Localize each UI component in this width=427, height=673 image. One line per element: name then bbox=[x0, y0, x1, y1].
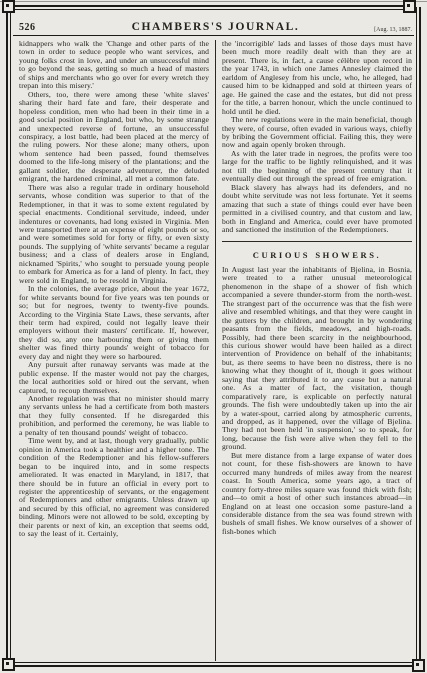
paragraph: The new regulations were in the main ben… bbox=[222, 116, 412, 150]
paragraph: As with the later trade in negroes, the … bbox=[222, 150, 412, 184]
page-scan: 526 CHAMBERS'S JOURNAL. [Aug. 13, 1887. … bbox=[0, 0, 427, 673]
frame-top-rule bbox=[13, 5, 414, 7]
corner-ornament-icon bbox=[2, 0, 15, 13]
header-rule bbox=[13, 35, 414, 36]
article-continuation: the 'incorrigible' lads and lasses of th… bbox=[222, 40, 412, 234]
corner-ornament-icon bbox=[412, 659, 425, 672]
frame-right-rule bbox=[419, 7, 421, 666]
frame-right-thin-rule bbox=[416, 7, 417, 666]
paragraph: Black slavery has always had its defende… bbox=[222, 184, 412, 235]
left-column: kidnappers who walk the 'Change and othe… bbox=[19, 40, 215, 661]
frame-left-rule bbox=[6, 7, 8, 666]
paragraph: In August last year the inhabitants of B… bbox=[222, 266, 412, 452]
paragraph: kidnappers who walk the 'Change and othe… bbox=[19, 40, 209, 91]
paragraph: There was also a regular trade in ordina… bbox=[19, 184, 209, 285]
paragraph: But mere distance from a large expanse o… bbox=[222, 452, 412, 537]
paragraph: Others, too, there were among these 'whi… bbox=[19, 91, 209, 184]
right-column: the 'incorrigible' lads and lasses of th… bbox=[216, 40, 412, 661]
frame-bottom-rule bbox=[13, 665, 414, 667]
section-body: In August last year the inhabitants of B… bbox=[222, 266, 412, 537]
text-columns: kidnappers who walk the 'Change and othe… bbox=[19, 40, 412, 661]
paragraph: Any pursuit after runaway servants was m… bbox=[19, 361, 209, 395]
frame-left-thin-rule bbox=[10, 7, 11, 666]
paragraph: Another regulation was that no minister … bbox=[19, 395, 209, 437]
section-heading: CURIOUS SHOWERS. bbox=[222, 251, 412, 259]
section-divider-rule bbox=[222, 241, 412, 242]
corner-ornament-icon bbox=[403, 0, 416, 13]
page-header: 526 CHAMBERS'S JOURNAL. [Aug. 13, 1887. bbox=[19, 15, 412, 33]
issue-date: [Aug. 13, 1887. bbox=[354, 27, 412, 33]
paragraph: In the colonies, the average price, abou… bbox=[19, 285, 209, 361]
frame-bottom-thin-rule bbox=[13, 662, 414, 663]
paragraph: the 'incorrigible' lads and lasses of th… bbox=[222, 40, 412, 116]
scan-edge-line bbox=[0, 1, 427, 2]
page-number: 526 bbox=[19, 22, 77, 33]
frame-top-thin-rule bbox=[13, 9, 414, 10]
journal-title: CHAMBERS'S JOURNAL. bbox=[77, 21, 354, 33]
corner-ornament-icon bbox=[2, 658, 15, 671]
paragraph: Time went by, and at last, though very g… bbox=[19, 437, 209, 538]
